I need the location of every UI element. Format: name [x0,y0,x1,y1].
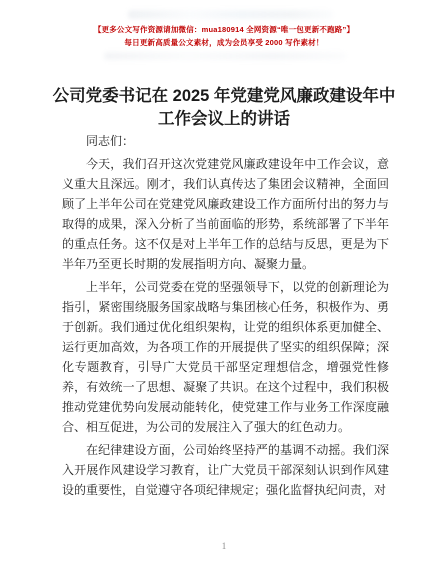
document-body: 同志们： 今天，我们召开这次党建党风廉政建设年中工作会议，意义重大且深远。刚才，… [62,131,389,503]
paragraph: 在纪律建设方面，公司始终坚持严的基调不动摇。我们深入开展作风建设学习教育，让广大… [62,440,389,500]
page-number: 1 [0,541,448,551]
promo-line-1: 【更多公文写作资源请加微信：mua180914 全网资源“唯一包更新不跑路”】 [0,24,448,37]
title-line-1: 公司党委书记在 2025 年党建党风廉政建设年中 [36,85,412,108]
watermark-smudge-bottom [104,52,346,60]
paragraph: 上半年，公司党委在党的坚强领导下，以党的创新理论为指引，紧密围绕服务国家战略与集… [62,277,389,437]
document-page: 【更多公文写作资源请加微信：mua180914 全网资源“唯一包更新不跑路”】 … [0,0,448,580]
title-line-2: 工作会议上的讲话 [36,108,412,131]
document-title: 公司党委书记在 2025 年党建党风廉政建设年中 工作会议上的讲话 [36,85,412,131]
promo-line-2: 每日更新高质量公文素材，成为会员享受 2000 写作素材！ [0,37,448,50]
paragraph: 今天，我们召开这次党建党风廉政建设年中工作会议，意义重大且深远。刚才，我们认真传… [62,154,389,274]
salutation: 同志们： [62,131,389,151]
watermark-smudge-top [128,10,333,19]
promo-banner: 【更多公文写作资源请加微信：mua180914 全网资源“唯一包更新不跑路”】 … [0,24,448,49]
